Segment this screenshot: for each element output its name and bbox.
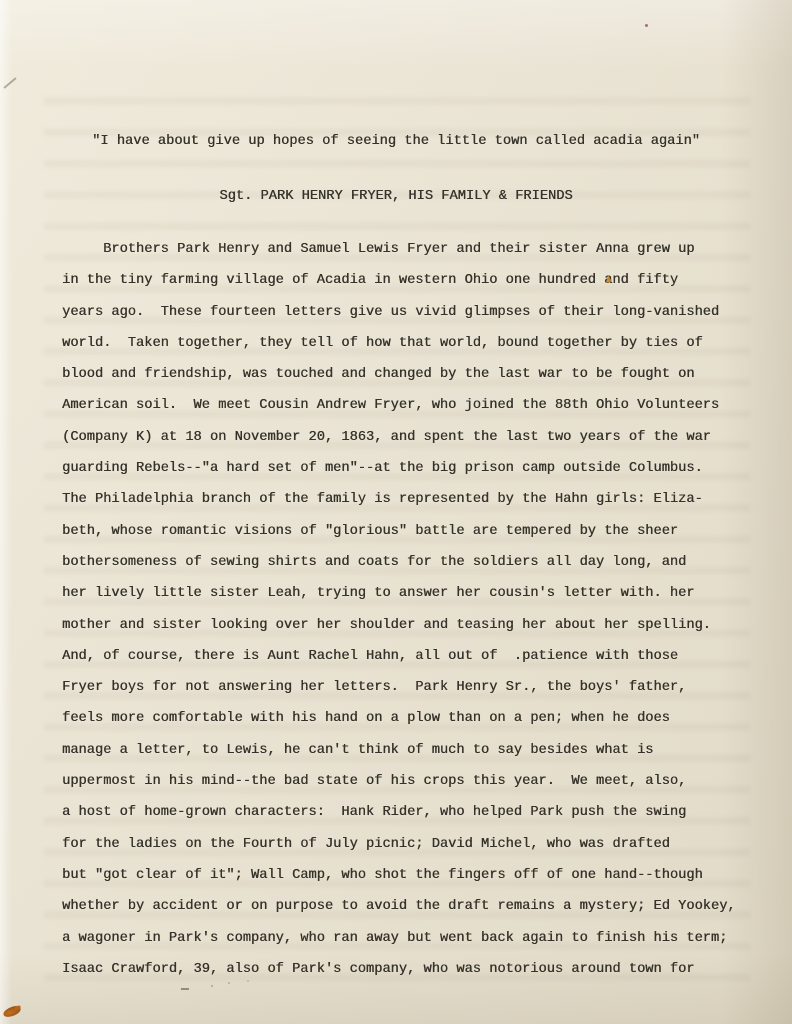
text-line: years ago. These fourteen letters give u… xyxy=(62,297,762,328)
text-line: uppermost in his mind--the bad state of … xyxy=(62,766,762,797)
text-line: feels more comfortable with his hand on … xyxy=(62,703,762,734)
text-line: mother and sister looking over her shoul… xyxy=(62,610,762,641)
page-title-quote: "I have about give up hopes of seeing th… xyxy=(0,126,792,157)
text-line: Isaac Crawford, 39, also of Park's compa… xyxy=(62,954,762,985)
stray-dash-mark xyxy=(181,988,189,990)
scanned-typewritten-page: { "document": { "title_quote": "\"I have… xyxy=(0,0,792,1024)
text-line: The Philadelphia branch of the family is… xyxy=(62,484,762,515)
body-text: Brothers Park Henry and Samuel Lewis Fry… xyxy=(62,234,762,985)
text-line: for the ladies on the Fourth of July pic… xyxy=(62,829,762,860)
pencil-scuff-mark xyxy=(3,77,17,89)
text-line: but "got clear of it"; Wall Camp, who sh… xyxy=(62,860,762,891)
text-line: world. Taken together, they tell of how … xyxy=(62,328,762,359)
text-line: And, of course, there is Aunt Rachel Hah… xyxy=(62,641,762,672)
rust-stain-tip xyxy=(13,1005,21,1012)
text-line: (Company K) at 18 on November 20, 1863, … xyxy=(62,422,762,453)
page-subtitle: Sgt. PARK HENRY FRYER, HIS FAMILY & FRIE… xyxy=(0,181,792,212)
text-line: whether by accident or on purpose to avo… xyxy=(62,891,762,922)
text-line: a host of home-grown characters: Hank Ri… xyxy=(62,797,762,828)
text-line: manage a letter, to Lewis, he can't thin… xyxy=(62,735,762,766)
text-line: American soil. We meet Cousin Andrew Fry… xyxy=(62,390,762,421)
text-line: beth, whose romantic visions of "gloriou… xyxy=(62,516,762,547)
text-line: guarding Rebels--"a hard set of men"--at… xyxy=(62,453,762,484)
text-line: Brothers Park Henry and Samuel Lewis Fry… xyxy=(62,234,762,265)
text-line: a wagoner in Park's company, who ran awa… xyxy=(62,923,762,954)
text-line: bothersomeness of sewing shirts and coat… xyxy=(62,547,762,578)
red-ink-speck xyxy=(645,24,648,27)
text-line: blood and friendship, was touched and ch… xyxy=(62,359,762,390)
text-line: Fryer boys for not answering her letters… xyxy=(62,672,762,703)
stray-dot-speck xyxy=(211,985,213,987)
rust-stain xyxy=(2,1004,22,1018)
text-line: in the tiny farming village of Acadia in… xyxy=(62,265,762,296)
text-line: her lively little sister Leah, trying to… xyxy=(62,578,762,609)
